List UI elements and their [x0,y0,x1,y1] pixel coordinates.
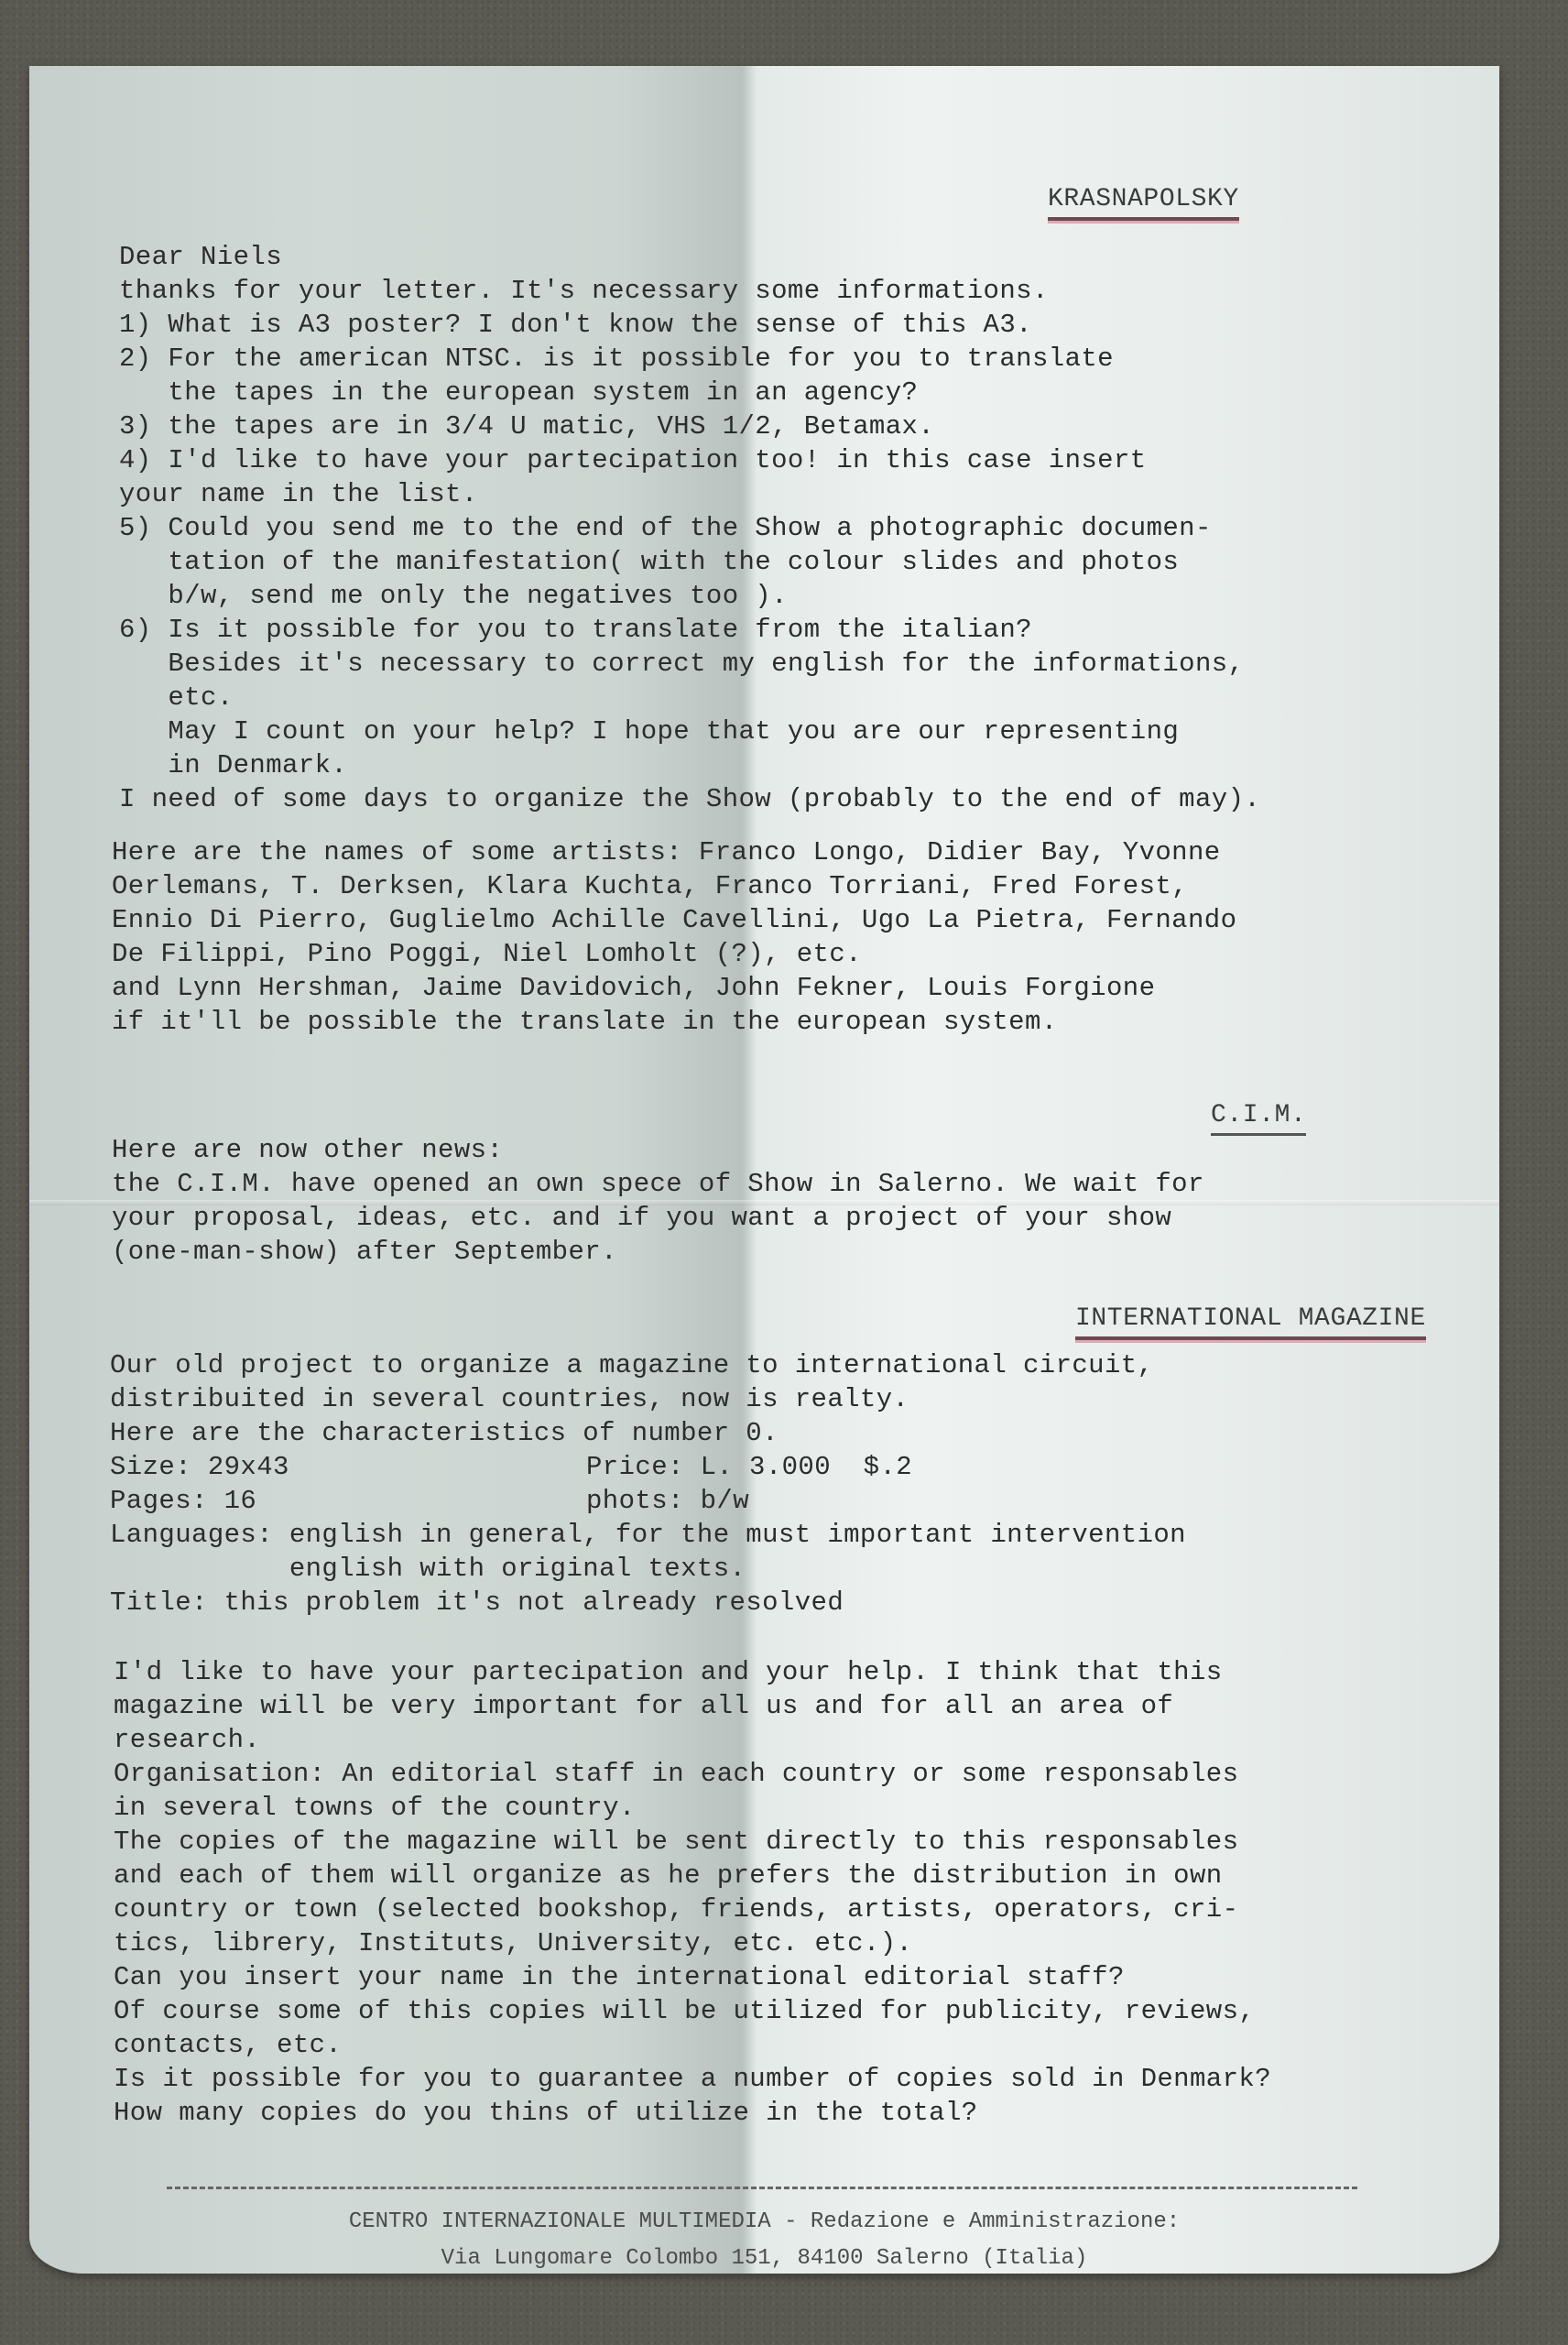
magazine-intro-line: distribuited in several countries, now i… [110,1382,1153,1416]
artists-line: De Filippi, Pino Poggi, Niel Lomholt (?)… [112,937,1236,971]
letter-line: b/w, send me only the negatives too ). [119,579,1260,613]
artists-line: if it'll be possible the translate in th… [112,1005,1236,1039]
artists-list: Here are the names of some artists: Fran… [112,835,1236,1039]
magazine-body-line: in several towns of the country. [114,1791,1271,1825]
artists-line: Oerlemans, T. Derksen, Klara Kuchta, Fra… [112,869,1236,903]
letter-line: 1) What is A3 poster? I don't know the s… [119,308,1260,342]
spec-title: Title: this problem it's not already res… [110,1586,844,1620]
letter-line: in Denmark. [119,748,1260,782]
spec-photos: phots: b/w [586,1484,749,1518]
magazine-body: I'd like to have your partecipation and … [114,1655,1271,2130]
spec-pages: Pages: 16 [110,1484,256,1518]
letter-line: 4) I'd like to have your partecipation t… [119,443,1260,477]
magazine-body-line: Is it possible for you to guarantee a nu… [114,2062,1271,2096]
letter-line: your name in the list. [119,477,1260,511]
artists-line: Ennio Di Pierro, Guglielmo Achille Cavel… [112,903,1236,937]
cim-line: the C.I.M. have opened an own spece of S… [112,1167,1204,1201]
magazine-body-line: Can you insert your name in the internat… [114,1960,1271,1994]
letter-line: Besides it's necessary to correct my eng… [119,647,1260,681]
cim-line: Here are now other news: [112,1133,1204,1167]
magazine-body-line: tics, librery, Instituts, University, et… [114,1926,1271,1960]
magazine-body-line: Organisation: An editorial staff in each… [114,1757,1271,1791]
magazine-body-line: magazine will be very important for all … [114,1689,1271,1723]
spec-size: Size: 29x43 [110,1450,289,1484]
letter-line: 2) For the american NTSC. is it possible… [119,342,1260,376]
footer-address-line: Via Lungomare Colombo 151, 84100 Salerno… [29,2246,1499,2271]
heading-krasnapolsky: KRASNAPOLSKY [1048,185,1239,221]
letter-line: etc. [119,681,1260,714]
cim-line: (one-man-show) after September. [112,1235,1204,1269]
footer-org-line: CENTRO INTERNAZIONALE MULTIMEDIA - Redaz… [29,2209,1499,2234]
letter-line: 5) Could you send me to the end of the S… [119,511,1260,545]
magazine-intro-line: Our old project to organize a magazine t… [110,1348,1153,1382]
letter-body: Dear Nielsthanks for your letter. It's n… [119,240,1260,816]
letter-line: I need of some days to organize the Show… [119,782,1260,816]
magazine-body-line: and each of them will organize as he pre… [114,1859,1271,1892]
letter-line: tation of the manifestation( with the co… [119,545,1260,579]
letter-paper: KRASNAPOLSKY Dear Nielsthanks for your l… [29,66,1499,2274]
spec-languages-cont: english with original texts. [110,1552,746,1586]
letter-line: 6) Is it possible for you to translate f… [119,613,1260,647]
magazine-body-line: country or town (selected bookshop, frie… [114,1892,1271,1926]
magazine-intro-line: Here are the characteristics of number 0… [110,1416,1153,1450]
artists-line: and Lynn Hershman, Jaime Davidovich, Joh… [112,971,1236,1005]
magazine-intro: Our old project to organize a magazine t… [110,1348,1153,1450]
spec-languages: Languages: english in general, for the m… [110,1518,1186,1552]
spec-price: Price: L. 3.000 $.2 [586,1450,912,1484]
letter-line: 3) the tapes are in 3/4 U matic, VHS 1/2… [119,409,1260,443]
magazine-body-line: How many copies do you thins of utilize … [114,2096,1271,2130]
cim-line: your proposal, ideas, etc. and if you wa… [112,1201,1204,1235]
magazine-body-line: I'd like to have your partecipation and … [114,1655,1271,1689]
heading-cim: C.I.M. [1211,1101,1306,1136]
magazine-body-line: Of course some of this copies will be ut… [114,1994,1271,2028]
magazine-body-line: research. [114,1723,1271,1757]
letter-line: Dear Niels [119,240,1260,274]
letter-line: thanks for your letter. It's necessary s… [119,274,1260,308]
letter-line: the tapes in the european system in an a… [119,376,1260,409]
magazine-body-line: The copies of the magazine will be sent … [114,1825,1271,1859]
magazine-body-line: contacts, etc. [114,2028,1271,2062]
heading-international-magazine: INTERNATIONAL MAGAZINE [1075,1304,1426,1340]
footer-divider [167,2187,1357,2189]
artists-line: Here are the names of some artists: Fran… [112,835,1236,869]
letter-line: May I count on your help? I hope that yo… [119,714,1260,748]
cim-news: Here are now other news:the C.I.M. have … [112,1133,1204,1269]
